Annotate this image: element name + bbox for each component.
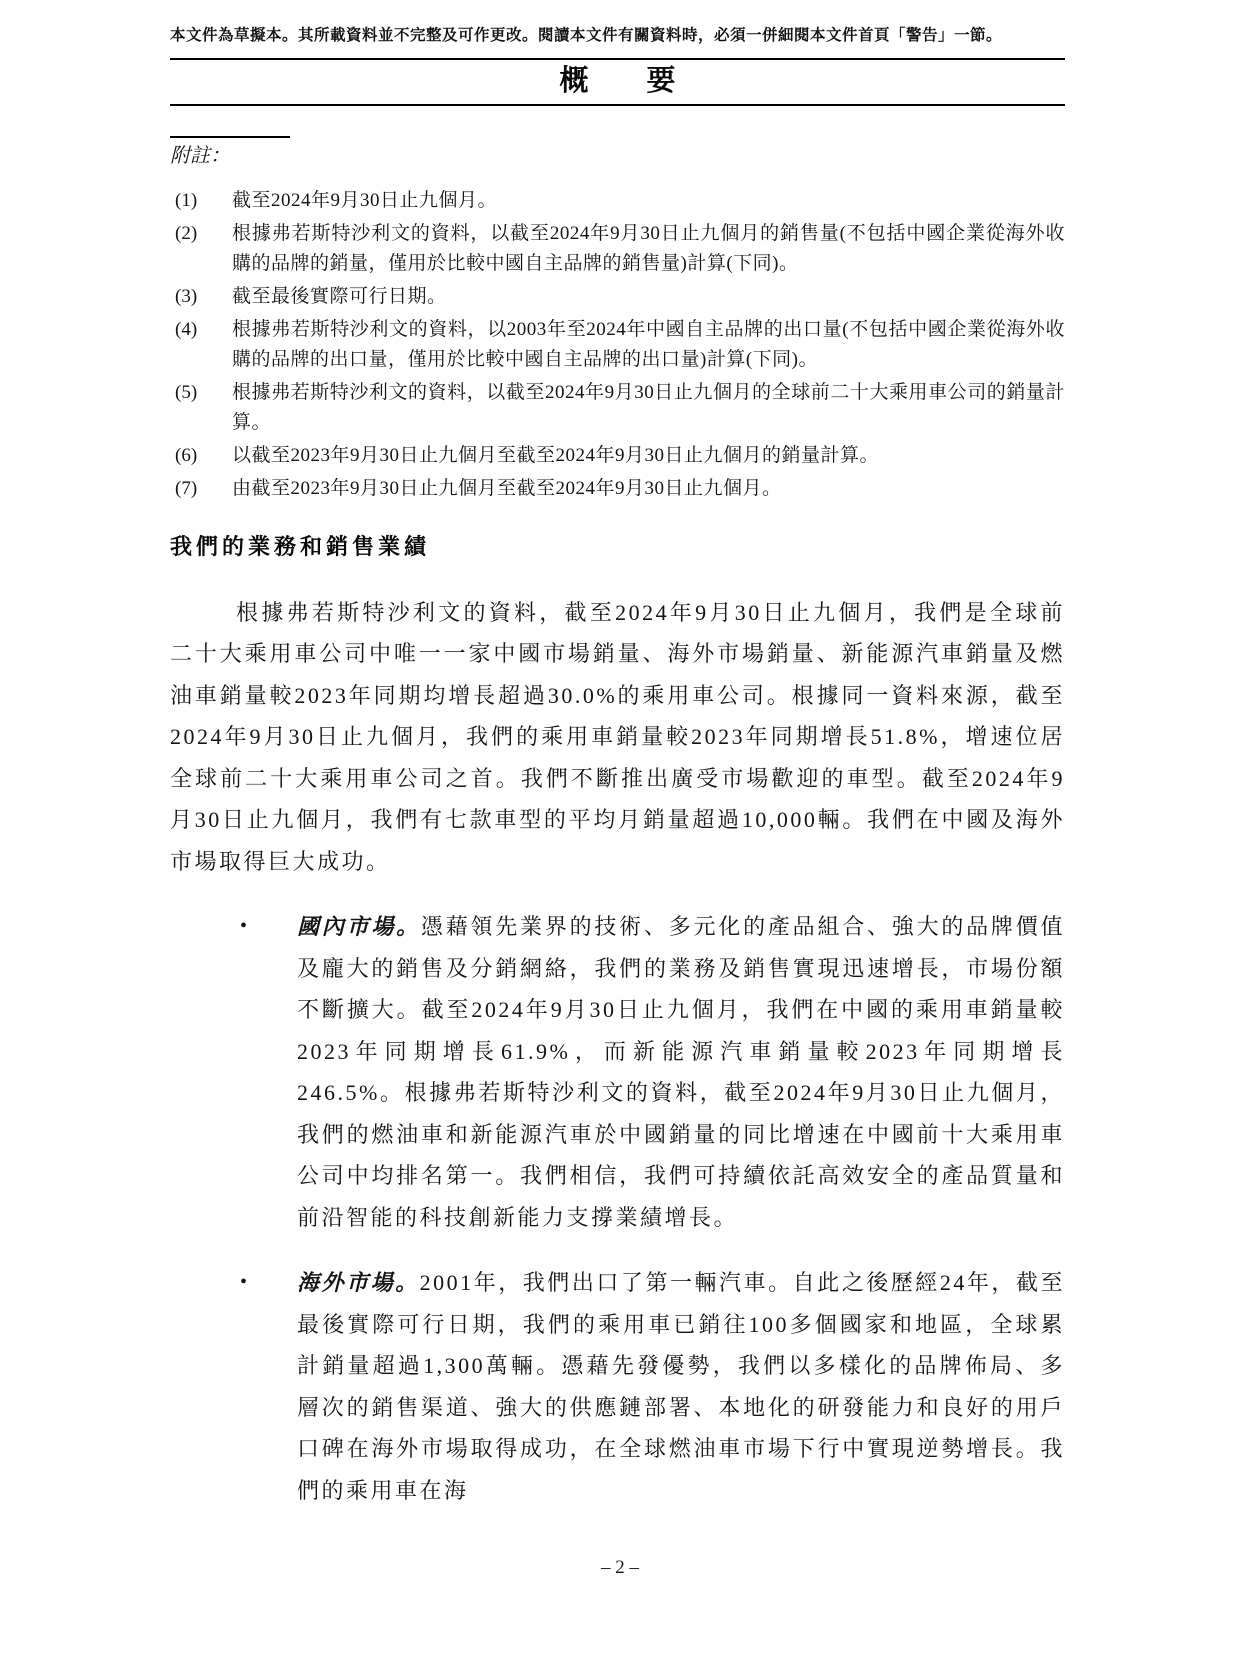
footnote-number: (6): [175, 441, 232, 471]
footnote-number: (1): [175, 186, 232, 216]
footnote-text: 根據弗若斯特沙利文的資料，以2003年至2024年中國自主品牌的出口量(不包括中…: [232, 315, 1065, 375]
footnote-text: 由截至2023年9月30日止九個月至截至2024年9月30日止九個月。: [232, 474, 1065, 504]
bullet-domestic-text: 憑藉領先業界的技術、多元化的產品組合、強大的品牌價值及龐大的銷售及分銷網絡，我們…: [297, 914, 1065, 1230]
prospectus-summary-page: 本文件為草擬本。其所載資料並不完整及可作更改。閱讀本文件有關資料時，必須一併細閱…: [0, 0, 1240, 1654]
bullet-overseas-lead: 海外市場。: [297, 1270, 420, 1295]
bullet-overseas-market: • 海外市場。2001年，我們出口了第一輛汽車。自此之後歷經24年，截至最後實際…: [170, 1262, 1065, 1511]
footnote-item: (6) 以截至2023年9月30日止九個月至截至2024年9月30日止九個月的銷…: [175, 441, 1065, 471]
footnote-item: (3) 截至最後實際可行日期。: [175, 282, 1065, 312]
bullet-domestic-lead: 國內市場。: [297, 914, 421, 939]
footnote-number: (4): [175, 315, 232, 375]
footnote-text: 截至2024年9月30日止九個月。: [232, 186, 1065, 216]
footnote-number: (2): [175, 219, 232, 279]
bullet-domestic-body: 國內市場。憑藉領先業界的技術、多元化的產品組合、強大的品牌價值及龐大的銷售及分銷…: [297, 906, 1065, 1238]
draft-warning-text: 本文件為草擬本。其所載資料並不完整及可作更改。閱讀本文件有關資料時，必須一併細閱…: [170, 0, 1065, 46]
bullet-dot-icon: •: [170, 906, 297, 1238]
intro-paragraph: 根據弗若斯特沙利文的資料，截至2024年9月30日止九個月，我們是全球前二十大乘…: [170, 592, 1065, 883]
footnote-item: (5) 根據弗若斯特沙利文的資料，以截至2024年9月30日止九個月的全球前二十…: [175, 378, 1065, 438]
footnotes-list: (1) 截至2024年9月30日止九個月。 (2) 根據弗若斯特沙利文的資料，以…: [170, 186, 1065, 504]
bullet-overseas-text: 2001年，我們出口了第一輛汽車。自此之後歷經24年，截至最後實際可行日期，我們…: [297, 1270, 1065, 1503]
footnote-item: (7) 由截至2023年9月30日止九個月至截至2024年9月30日止九個月。: [175, 474, 1065, 504]
section-heading: 我們的業務和銷售業績: [170, 534, 1065, 560]
footnote-text: 根據弗若斯特沙利文的資料，以截至2024年9月30日止九個月的銷售量(不包括中國…: [232, 219, 1065, 279]
page-number: – 2 –: [0, 1556, 1240, 1580]
notes-label: 附註：: [170, 144, 1065, 168]
footnote-text: 以截至2023年9月30日止九個月至截至2024年9月30日止九個月的銷量計算。: [232, 441, 1065, 471]
footnote-item: (2) 根據弗若斯特沙利文的資料，以截至2024年9月30日止九個月的銷售量(不…: [175, 219, 1065, 279]
footnote-divider: [170, 136, 290, 138]
footnote-number: (5): [175, 378, 232, 438]
bullet-domestic-market: • 國內市場。憑藉領先業界的技術、多元化的產品組合、強大的品牌價值及龐大的銷售及…: [170, 906, 1065, 1238]
bullet-overseas-body: 海外市場。2001年，我們出口了第一輛汽車。自此之後歷經24年，截至最後實際可行…: [297, 1262, 1065, 1511]
page-content: 本文件為草擬本。其所載資料並不完整及可作更改。閱讀本文件有關資料時，必須一併細閱…: [170, 0, 1065, 1511]
footnote-text: 截至最後實際可行日期。: [232, 282, 1065, 312]
bullet-dot-icon: •: [170, 1262, 297, 1511]
footnote-item: (4) 根據弗若斯特沙利文的資料，以2003年至2024年中國自主品牌的出口量(…: [175, 315, 1065, 375]
footnote-number: (7): [175, 474, 232, 504]
footnote-number: (3): [175, 282, 232, 312]
footnote-item: (1) 截至2024年9月30日止九個月。: [175, 186, 1065, 216]
title-band: 概 要: [170, 58, 1065, 106]
footnote-text: 根據弗若斯特沙利文的資料，以截至2024年9月30日止九個月的全球前二十大乘用車…: [232, 378, 1065, 438]
page-title: 概 要: [170, 64, 1065, 99]
